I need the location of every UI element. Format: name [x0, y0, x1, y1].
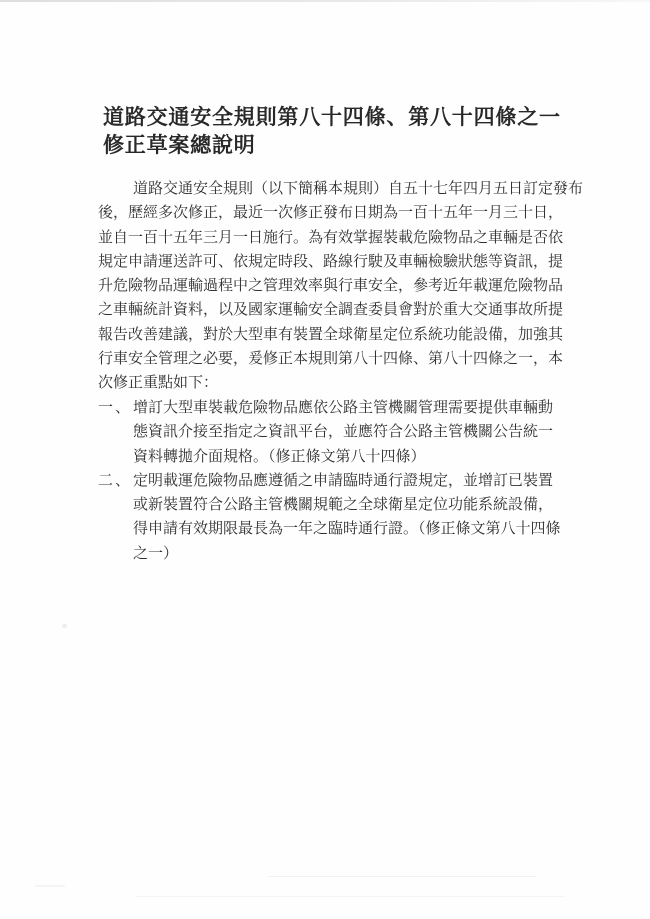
text-line: 修正草案總說明 [103, 131, 583, 159]
scan-speck-artifact [62, 624, 67, 628]
list-item-2: 二、 定明載運危險物品應遵循之申請臨時通行證規定，並增訂已裝置或新裝置符合公路主… [98, 468, 580, 565]
list-item-2-text: 定明載運危險物品應遵循之申請臨時通行證規定，並增訂已裝置或新裝置符合公路主管機關… [133, 468, 580, 565]
list-item-1-text: 增訂大型車裝載危險物品應依公路主管機關管理需要提供車輛動態資訊介接至指定之資訊平… [133, 395, 580, 468]
text-line: 後，歷經多次修正，最近一次修正發布日期為一百十五年一月三十日， [98, 200, 576, 224]
scan-top-edge-artifact [0, 0, 650, 2]
text-line: 並自一百十五年三月一日施行。為有效掌握裝載危險物品之車輛是否依 [98, 225, 576, 249]
general-explanation-paragraph: 道路交通安全規則（以下簡稱本規則）自五十七年四月五日訂定發布後，歷經多次修正，最… [98, 176, 576, 395]
scan-line-artifact [135, 896, 565, 897]
text-line: 報告改善建議，對於大型車有裝置全球衛星定位系統功能設備，加強其 [98, 322, 576, 346]
text-line: 道路交通安全規則（以下簡稱本規則）自五十七年四月五日訂定發布 [98, 176, 576, 200]
text-line: 資料轉拋介面規格。（修正條文第八十四條） [133, 444, 580, 468]
text-line: 或新裝置符合公路主管機關規範之全球衛星定位功能系統設備， [133, 492, 580, 516]
text-line: 之車輛統計資料，以及國家運輸安全調查委員會對於重大交通事故所提 [98, 297, 576, 321]
document-title: 道路交通安全規則第八十四條、第八十四條之一修正草案總說明 [103, 103, 583, 159]
list-item-2-marker: 二、 [98, 468, 133, 492]
amendment-points-list: 一、 增訂大型車裝載危險物品應依公路主管機關管理需要提供車輛動態資訊介接至指定之… [98, 395, 580, 565]
text-line: 之一） [133, 541, 580, 565]
text-line: 行車安全管理之必要，爰修正本規則第八十四條、第八十四條之一，本 [98, 346, 576, 370]
text-line: 定明載運危險物品應遵循之申請臨時通行證規定，並增訂已裝置 [133, 468, 580, 492]
document-page: 道路交通安全規則第八十四條、第八十四條之一修正草案總說明 道路交通安全規則（以下… [0, 0, 650, 919]
text-line: 道路交通安全規則第八十四條、第八十四條之一 [103, 103, 583, 131]
text-line: 次修正重點如下： [98, 370, 576, 394]
text-line: 增訂大型車裝載危險物品應依公路主管機關管理需要提供車輛動 [133, 395, 580, 419]
list-item-1-marker: 一、 [98, 395, 133, 419]
text-line: 規定申請運送許可、依規定時段、路線行駛及車輛檢驗狀態等資訊，提 [98, 249, 576, 273]
scan-line-artifact [35, 885, 65, 887]
text-line: 得申請有效期限最長為一年之臨時通行證。（修正條文第八十四條 [133, 516, 580, 540]
text-line: 升危險物品運輸過程中之管理效率與行車安全，參考近年載運危險物品 [98, 273, 576, 297]
list-item-1: 一、 增訂大型車裝載危險物品應依公路主管機關管理需要提供車輛動態資訊介接至指定之… [98, 395, 580, 468]
scan-line-artifact [268, 876, 536, 877]
text-line: 態資訊介接至指定之資訊平台，並應符合公路主管機關公告統一 [133, 419, 580, 443]
